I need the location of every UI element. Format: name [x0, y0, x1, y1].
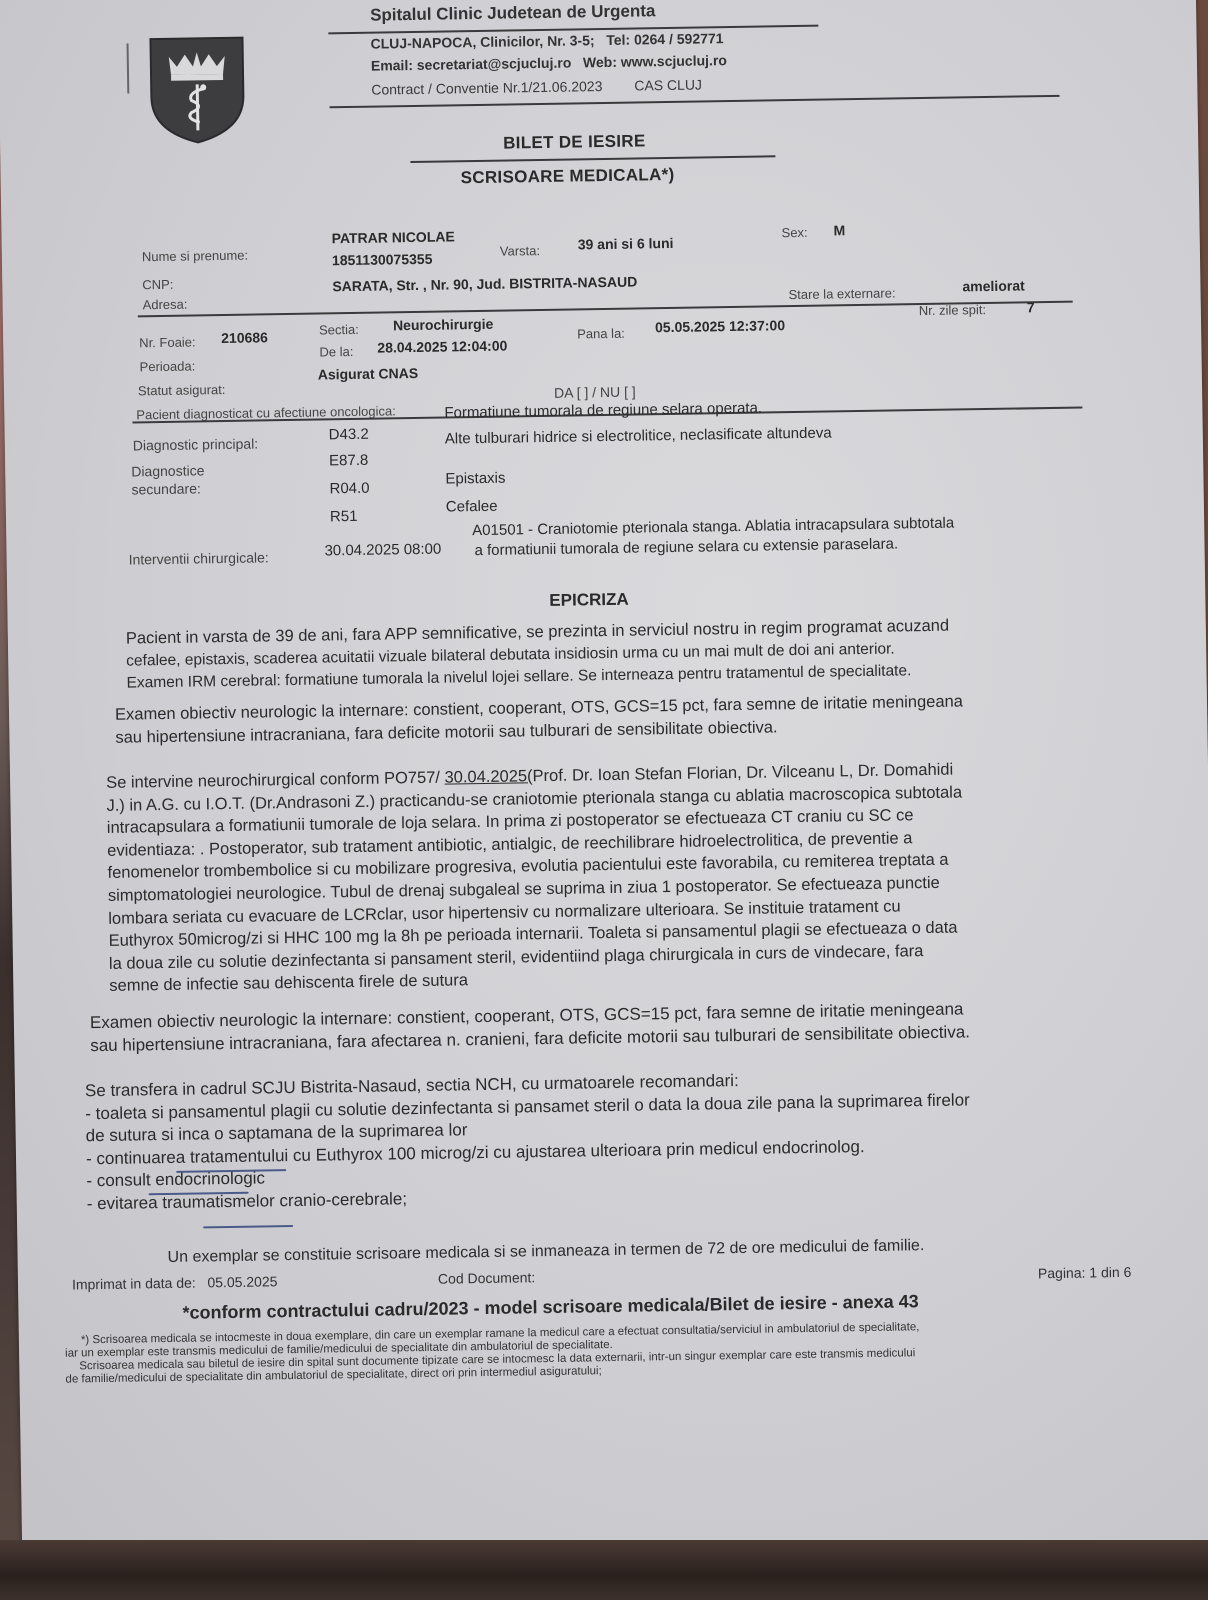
diagnosis-text: Formatiune tumorala de regiune selara op… [444, 400, 762, 422]
tel-label: Tel: [606, 32, 630, 48]
address-label: Adresa: [143, 297, 188, 313]
exemplar-note: Un exemplar se constituie scrisoare medi… [167, 1235, 924, 1269]
printed-label: Imprimat in data de: [72, 1275, 196, 1293]
principal-diagnosis-label: Diagnostic principal: [133, 435, 259, 453]
contract-line: Contract / Conventie Nr.1/21.06.2023 CAS… [371, 76, 702, 97]
surgery-datetime: 30.04.2025 08:00 [324, 541, 441, 560]
section-label: Sectia: [319, 322, 359, 338]
from-value: 28.04.2025 12:04:00 [377, 338, 507, 356]
contract-number: Contract / Conventie Nr.1/21.06.2023 [371, 78, 602, 98]
diagnosis-code: R04.0 [329, 480, 369, 498]
hospital-name: Spitalul Clinic Judetean de Urgenta [370, 1, 656, 25]
diagnosis-text: Epistaxis [445, 470, 505, 488]
surgery-line-2: a formatiunii tumorala de regiune selara… [474, 535, 898, 559]
title-rule [410, 155, 775, 163]
discharge-state: ameliorat [962, 277, 1024, 294]
diagnosis-code: E87.8 [329, 452, 368, 470]
patient-cnp: 1851130075355 [332, 251, 433, 269]
printed-date: 05.05.2025 [207, 1273, 277, 1290]
page-indicator: Pagina: 1 din 6 [1038, 1264, 1132, 1281]
to-value: 05.05.2025 12:37:00 [655, 317, 785, 335]
from-label: De la: [319, 344, 353, 360]
pen-underline-mark [203, 1225, 293, 1228]
secondary-diagnosis-label-2: secundare: [131, 480, 201, 497]
secondary-diagnosis-label-1: Diagnostice [131, 462, 204, 479]
hospital-address: CLUJ-NAPOCA, Clinicilor, Nr. 3-5; [370, 32, 594, 52]
document-page: Spitalul Clinic Judetean de Urgenta CLUJ… [0, 0, 1208, 1559]
oncologic-checkboxes: DA [ ] / NU [ ] [554, 384, 636, 401]
patient-sex: M [833, 222, 845, 238]
sex-label: Sex: [781, 225, 807, 240]
epicriza-paragraph-3: Se intervine neurochirurgical conform PO… [106, 758, 965, 997]
file-no-label: Nr. Foaie: [139, 334, 196, 350]
days-label: Nr. zile spit: [919, 302, 986, 318]
insured-label: Statut asigurat: [138, 382, 226, 398]
logo-divider [127, 43, 130, 93]
surgery-label: Interventii chirurgicale: [129, 549, 269, 567]
discharge-state-label: Stare la externare: [788, 285, 895, 302]
hospital-contact-line: Email: secretariat@scjucluj.ro Web: www.… [371, 52, 727, 74]
epicriza-title: EPICRIZA [549, 590, 629, 611]
diagnosis-text: Alte tulburari hidrice si electrolitice,… [445, 424, 832, 447]
patient-name: PATRAR NICOLAE [331, 228, 454, 246]
email-label: Email: [371, 57, 413, 74]
epicriza-paragraph-1: Pacient in varsta de 39 de ani, fara APP… [126, 615, 950, 696]
hospital-tel: 0264 / 592771 [634, 30, 724, 47]
page-value: 1 din 6 [1089, 1264, 1131, 1281]
fine-print: *) Scrisoarea medicala se intocmeste in … [65, 1321, 920, 1386]
doc-code-label: Cod Document: [438, 1269, 536, 1287]
section-value: Neurochirurgie [393, 316, 494, 334]
patient-address: SARATA, Str. , Nr. 90, Jud. BISTRITA-NAS… [332, 273, 637, 294]
diagnosis-code: D43.2 [329, 426, 369, 444]
hospital-email: secretariat@scjucluj.ro [417, 55, 572, 73]
hospital-logo-icon [146, 34, 248, 146]
background-surface [0, 1540, 1208, 1600]
period-label: Perioada: [139, 358, 195, 374]
epicriza-paragraph-2: Examen obiectiv neurologic la internare:… [115, 690, 964, 749]
age-label: Varsta: [500, 243, 540, 259]
patient-age: 39 ani si 6 luni [578, 235, 674, 253]
diagnosis-text: Cefalee [446, 498, 498, 516]
web-label: Web: [583, 54, 617, 71]
file-no: 210686 [221, 329, 268, 346]
contract-note: *conform contractului cadru/2023 - model… [182, 1291, 919, 1324]
to-label: Pana la: [577, 326, 625, 342]
insured-value: Asigurat CNAS [318, 365, 419, 383]
header-rule-2 [330, 95, 1060, 108]
cnp-label: CNP: [142, 277, 173, 292]
hospital-address-line: CLUJ-NAPOCA, Clinicilor, Nr. 3-5; Tel: 0… [370, 30, 723, 52]
document-title-1: BILET DE IESIRE [503, 131, 646, 153]
days-value: 7 [1027, 299, 1035, 315]
epicriza-paragraph-4: Examen obiectiv neurologic la internare:… [90, 998, 970, 1057]
diagnosis-code: R51 [330, 508, 358, 525]
printed-date-line: Imprimat in data de: 05.05.2025 [72, 1273, 278, 1292]
name-label: Nume si prenume: [142, 248, 248, 265]
document-title-2: SCRISOARE MEDICALA*) [461, 165, 675, 188]
page-label: Pagina: [1038, 1265, 1086, 1282]
cas-label: CAS CLUJ [634, 76, 702, 93]
hospital-web: www.scjucluj.ro [621, 52, 727, 70]
